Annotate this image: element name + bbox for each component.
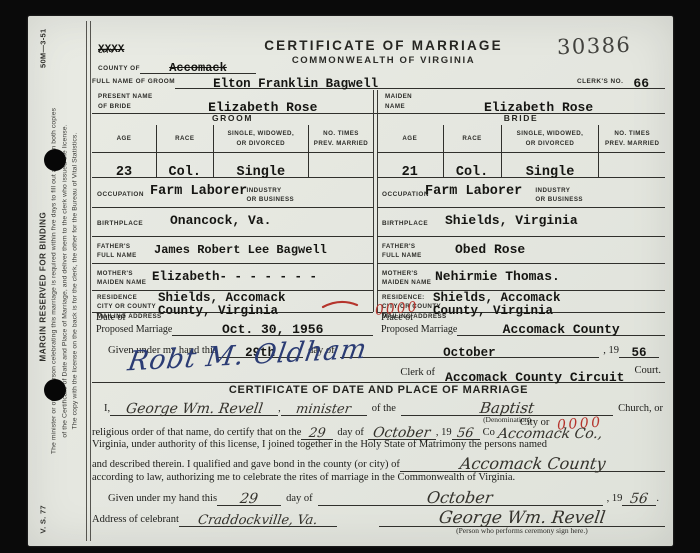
bride-stat-headers: AGE RACE SINGLE, WIDOWED,OR DIVORCED NO.… [377,125,665,153]
marriage-year-value: 56 [456,426,475,441]
margin-instructions: of the Certificate of Date and Place of … [60,29,71,534]
city-crossed-out: XXXX [98,44,124,56]
celebrant-name: George Wm. Revell [125,401,264,417]
groom-age: 23 [92,152,157,177]
bride-age: 21 [377,152,444,177]
certificate-paper: V. S. 77 MARGIN RESERVED FOR BINDING 50M… [28,16,673,546]
celebrant-month-value: October [426,488,494,507]
bride-residence-value: Shields, Accomack County, Virginia [433,292,561,317]
groom-occupation-row: OCCUPATION INDUSTRY OR BUSINESS Farm Lab… [92,178,373,208]
stat-header-race: RACE [157,125,214,152]
according-line: according to law, authorizing me to cele… [92,472,665,483]
celebrant-title-value: minister [295,402,352,417]
form-code-top: 50M—3-51 [39,29,48,69]
margin-instructions: The minister or other person celebrating… [50,29,61,534]
celebrant-day-value: 29 [239,491,259,507]
groom-mother-value: Elizabeth- - - - - - - [152,270,317,284]
address-line: Address of celebrant Craddockville, Va. … [92,508,665,527]
certify-date-line: religious order of that name, do certify… [92,423,665,440]
celebrant-year-value: 56 [629,491,649,507]
red-check-mark-icon [321,297,359,310]
bride-father-value: Obed Rose [455,242,525,257]
punch-hole-icon [44,149,66,171]
margin-title: MARGIN RESERVED FOR BINDING [39,212,48,362]
clerk-year-value: 56 [631,346,646,360]
groom-birthplace-row: BIRTHPLACE Onancock, Va. [92,208,373,237]
margin-double-rule [86,21,91,541]
bride-mother-value: Nehirmie Thomas. [435,269,560,284]
industry-label: INDUSTRY OR BUSINESS [535,186,583,205]
marriage-month-value: October [372,425,432,441]
groom-birthplace-value: Onancock, Va. [170,213,271,228]
county-value: Accomack [169,61,227,75]
groom-mother-row: MOTHER'S MAIDEN NAME Elizabeth- - - - - … [92,264,373,291]
bride-marital-status: Single [502,152,600,177]
bride-occupation-value: Farm Laborer [425,184,522,199]
certificate-title: CERTIFICATE OF MARRIAGE [257,38,510,53]
stat-header-prev-married: NO. TIMESPREV. MARRIED [309,125,373,152]
certificate-title-block: CERTIFICATE OF MARRIAGE COMMONWEALTH OF … [257,38,510,66]
mother-label: MOTHER'S MAIDEN NAME [97,269,146,288]
certificate-form: CITY XXXX COUNTY OF Accomack CERTIFICATE… [92,16,665,546]
stamp-number: 30386 [556,33,631,60]
proposed-place-value: Accomack County [503,322,620,337]
section-title: CERTIFICATE OF DATE AND PLACE OF MARRIAG… [92,384,665,396]
proposed-date-value: Oct. 30, 1956 [222,322,323,337]
bride-race: Col. [444,152,502,177]
groom-occupation-value: Farm Laborer [150,184,247,199]
celebrant-address-value: Craddockville, Va. [197,513,319,528]
bride-name-row: PRESENT NAME OF BRIDE Elizabeth Rose MAI… [92,90,665,114]
father-label: FATHER'S FULL NAME [382,242,422,261]
celebrant-intro-line: I, George Wm. Revell , minister of the B… [104,397,663,416]
bride-birthplace-row: BIRTHPLACE Shields, Virginia [377,208,665,237]
bride-present-label: PRESENT NAME OF BRIDE [92,90,153,113]
denomination-value: Baptist [479,399,536,417]
photo-background: V. S. 77 MARGIN RESERVED FOR BINDING 50M… [0,0,700,553]
stat-header-status: SINGLE, WIDOWED,OR DIVORCED [214,125,310,152]
groom-race: Col. [157,152,214,177]
father-label: FATHER'S FULL NAME [97,242,137,261]
bride-residence-row: RESIDENCE: CITY OR COUNTY MAILING ADDRES… [377,291,665,313]
groom-name-label: FULL NAME OF GROOM [92,78,175,89]
punch-hole-icon [44,379,66,401]
binding-margin: V. S. 77 MARGIN RESERVED FOR BINDING 50M… [32,16,88,546]
stat-header-race: RACE [444,125,502,152]
groom-stat-headers: AGE RACE SINGLE, WIDOWED,OR DIVORCED NO.… [92,125,373,153]
bride-present-value: Elizabeth Rose [208,100,317,115]
bride-birthplace-value: Shields, Virginia [445,213,578,228]
bond-line: and described therein. I qualified and g… [92,454,665,472]
groom-marital-status: Single [214,152,310,177]
marriage-county-value: Accomack Co., [497,426,604,442]
groom-stat-values: 23 Col. Single [92,152,373,178]
form-code-bottom: V. S. 77 [39,505,48,533]
groom-residence-value: Shields, Accomack County, Virginia [158,292,286,317]
groom-name-value: Elton Franklin Bagwell [213,77,378,91]
bride-father-row: FATHER'S FULL NAME Obed Rose [377,237,665,264]
clerks-no-label: CLERK'S NO. [577,78,623,88]
groom-father-row: FATHER'S FULL NAME James Robert Lee Bagw… [92,237,373,264]
groom-prev-married [309,152,373,177]
bride-stat-values: 21 Col. Single [377,152,665,178]
maiden-name-label: MAIDEN NAME [379,90,412,113]
groom-residence-row: RESIDENCE CITY OR COUNTY MAILING ADDRESS… [92,291,373,313]
stat-header-prev-married: NO. TIMESPREV. MARRIED [599,125,665,152]
clerk-month-value: October [443,346,496,360]
stat-header-age: AGE [92,125,157,152]
celebrant-given-line: Given under my hand this 29 day of Octob… [108,487,659,506]
margin-instructions: The copy with the license on the back is… [71,29,82,534]
stat-header-status: SINGLE, WIDOWED,OR DIVORCED [502,125,600,152]
clerk-court-value: Accomack County Circuit [445,370,624,385]
stat-header-age: AGE [377,125,444,152]
bride-mother-row: MOTHER'S MAIDEN NAME Nehirmie Thomas. [377,264,665,291]
industry-label: INDUSTRY OR BUSINESS [247,186,295,205]
marriage-day-value: 29 [308,426,327,441]
bond-county-value: Accomack County [458,454,606,473]
bride-prev-married [599,152,665,177]
groom-father-value: James Robert Lee Bagwell [154,243,327,257]
certificate-subtitle: COMMONWEALTH OF VIRGINIA [257,55,510,66]
celebrant-signature: George Wm. Revell [437,508,606,528]
clerks-no-value: 66 [633,76,649,91]
maiden-name-value: Elizabeth Rose [484,100,593,115]
mother-label: MOTHER'S MAIDEN NAME [382,269,431,288]
bride-occupation-row: OCCUPATION INDUSTRY OR BUSINESS Farm Lab… [377,178,665,208]
